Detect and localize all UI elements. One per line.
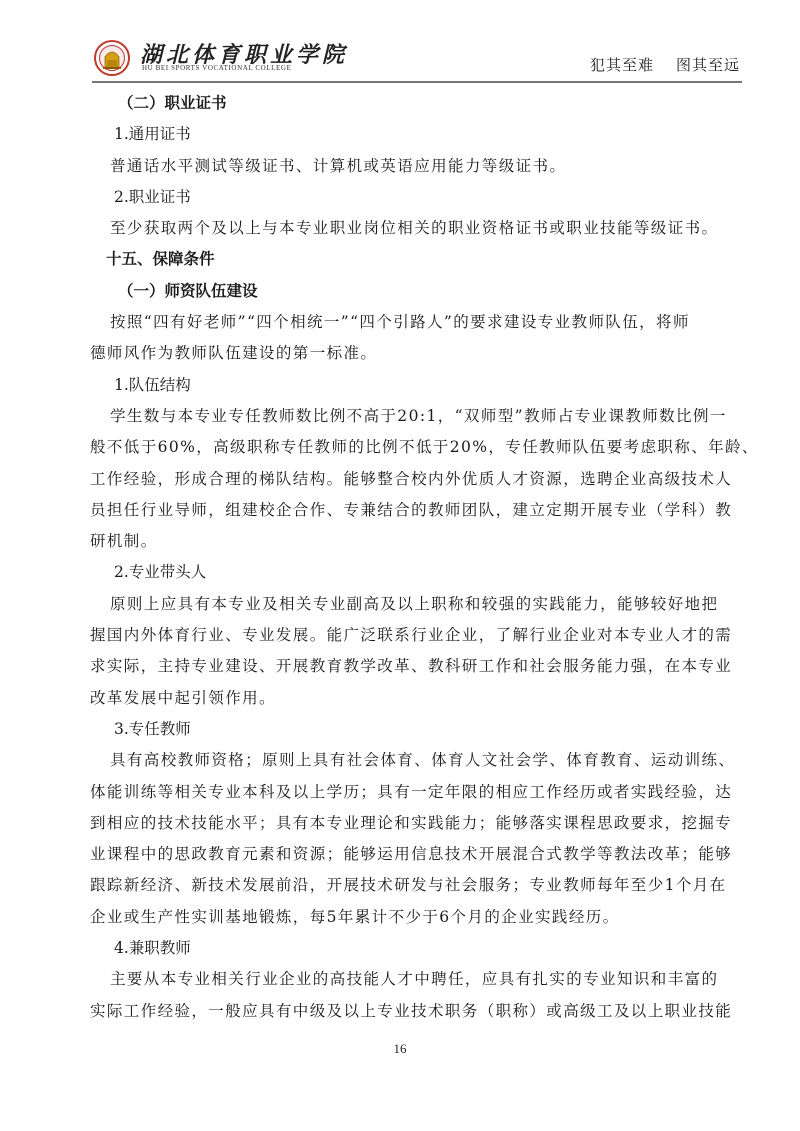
item-heading: 2.专业带头人 <box>114 557 720 588</box>
section-heading: 十五、保障条件 <box>106 244 720 275</box>
paragraph-line: 原则上应具有本专业及相关专业副高及以上职称和较强的实践能力，能够较好地把 <box>90 589 720 620</box>
paragraph-line: 按照“四有好老师”“四个相统一”“四个引路人”的要求建设专业教师队伍，将师 <box>90 307 720 338</box>
college-logo-icon <box>94 40 130 76</box>
document-body: （二）职业证书1.通用证书普通话水平测试等级证书、计算机或英语应用能力等级证书。… <box>110 88 720 1027</box>
subsection-heading: （一）师资队伍建设 <box>118 276 720 307</box>
paragraph-line: 企业或生产性实训基地锻炼，每5年累计不少于6个月的企业实践经历。 <box>90 902 720 933</box>
paragraph-line: 跟踪新经济、新技术发展前沿，开展技术研发与社会服务；专业教师每年至少1个月在 <box>90 870 720 901</box>
paragraph-line: 工作经验，形成合理的梯队结构。能够整合校内外优质人才资源，选聘企业高级技术人 <box>90 464 720 495</box>
paragraph: 普通话水平测试等级证书、计算机或英语应用能力等级证书。 <box>90 151 720 182</box>
paragraph: 至少获取两个及以上与本专业职业岗位相关的职业资格证书或职业技能等级证书。 <box>90 213 720 244</box>
motto-part-2: 图其至远 <box>676 56 740 74</box>
subsection-heading: （二）职业证书 <box>118 88 720 119</box>
paragraph-line: 主要从本专业相关行业企业的高技能人才中聘任，应具有扎实的专业知识和丰富的 <box>90 964 720 995</box>
paragraph-line: 到相应的技术技能水平；具有本专业理论和实践能力；能够落实课程思政要求，挖掘专 <box>90 808 720 839</box>
page-header: 湖北体育职业学院 HU BEI SPORTS VOCATIONAL COLLEG… <box>90 36 740 80</box>
paragraph-line: 握国内外体育行业、专业发展。能广泛联系行业企业，了解行业企业对本专业人才的需 <box>90 620 720 651</box>
paragraph-line: 实际工作经验，一般应具有中级及以上专业技术职务（职称）或高级工及以上职业技能 <box>90 996 720 1027</box>
header-divider <box>92 81 742 83</box>
paragraph-line: 员担任行业导师，组建校企合作、专兼结合的教师团队，建立定期开展专业（学科）教 <box>90 495 720 526</box>
paragraph-line: 体能训练等相关专业本科及以上学历；具有一定年限的相应工作经历或者实践经验，达 <box>90 777 720 808</box>
item-heading: 4.兼职教师 <box>114 933 720 964</box>
paragraph-line: 具有高校教师资格；原则上具有社会体育、体育人文社会学、体育教育、运动训练、 <box>90 745 720 776</box>
paragraph: 按照“四有好老师”“四个相统一”“四个引路人”的要求建设专业教师队伍，将师德师风… <box>90 307 720 370</box>
paragraph-line: 研机制。 <box>90 526 720 557</box>
item-heading: 1.通用证书 <box>114 119 720 150</box>
motto: 犯其至难图其至远 <box>568 54 740 75</box>
paragraph-line: 般不低于60%，高级职称专任教师的比例不低于20%，专任教师队伍要考虑职称、年龄… <box>90 432 720 463</box>
paragraph: 原则上应具有本专业及相关专业副高及以上职称和较强的实践能力，能够较好地把握国内外… <box>90 589 720 714</box>
item-heading: 2.职业证书 <box>114 182 720 213</box>
motto-part-1: 犯其至难 <box>590 56 654 74</box>
paragraph-line: 普通话水平测试等级证书、计算机或英语应用能力等级证书。 <box>90 151 720 182</box>
paragraph: 学生数与本专业专任教师数比例不高于20:1，“双师型”教师占专业课教师数比例一般… <box>90 401 720 557</box>
paragraph-line: 改革发展中起引领作用。 <box>90 683 720 714</box>
item-heading: 3.专任教师 <box>114 714 720 745</box>
paragraph-line: 求实际，主持专业建设、开展教育教学改革、教科研工作和社会服务能力强，在本专业 <box>90 651 720 682</box>
paragraph: 主要从本专业相关行业企业的高技能人才中聘任，应具有扎实的专业知识和丰富的实际工作… <box>90 964 720 1027</box>
paragraph-line: 德师风作为教师队伍建设的第一标准。 <box>90 338 720 369</box>
paragraph-line: 业课程中的思政教育元素和资源；能够运用信息技术开展混合式教学等教法改革；能够 <box>90 839 720 870</box>
paragraph-line: 至少获取两个及以上与本专业职业岗位相关的职业资格证书或职业技能等级证书。 <box>90 213 720 244</box>
paragraph: 具有高校教师资格；原则上具有社会体育、体育人文社会学、体育教育、运动训练、体能训… <box>90 745 720 933</box>
school-name-en: HU BEI SPORTS VOCATIONAL COLLEGE <box>142 64 291 72</box>
paragraph-line: 学生数与本专业专任教师数比例不高于20:1，“双师型”教师占专业课教师数比例一 <box>90 401 720 432</box>
page-number: 16 <box>0 1041 800 1057</box>
item-heading: 1.队伍结构 <box>114 370 720 401</box>
